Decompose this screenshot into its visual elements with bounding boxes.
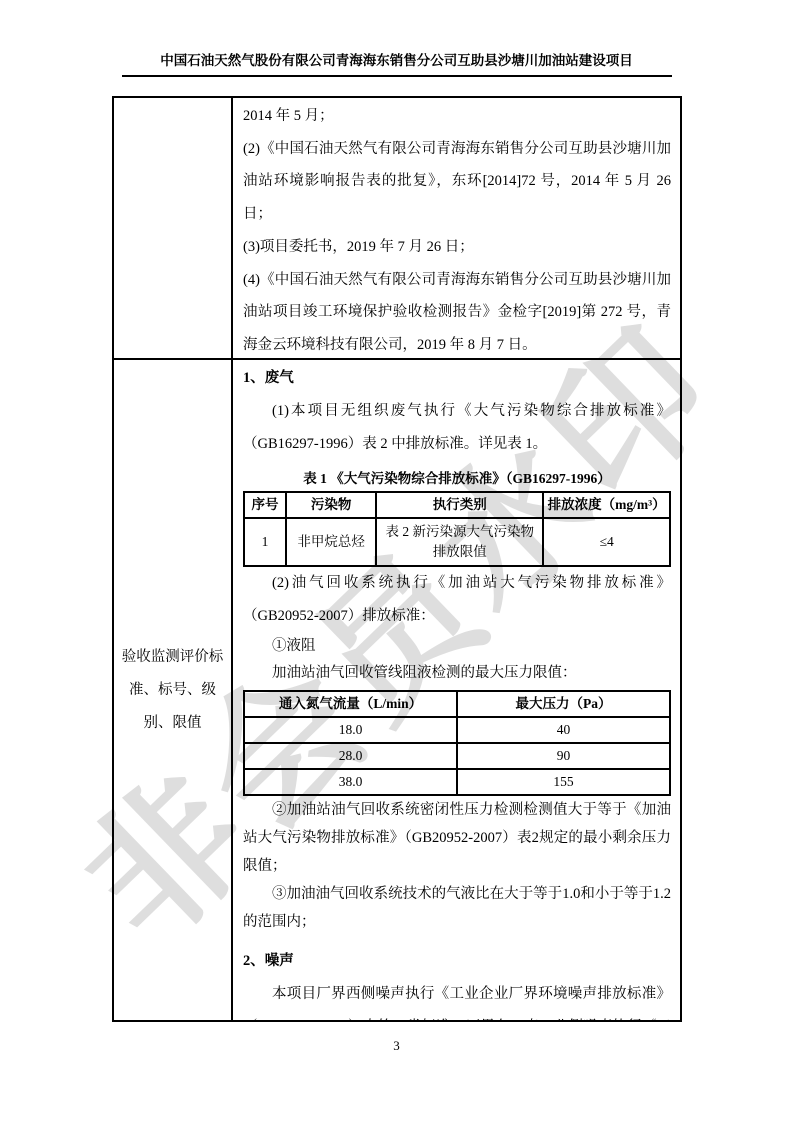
page-header-title: 中国石油天然气股份有限公司青海海东销售分公司互助县沙塘川加油站建设项目 bbox=[0, 49, 793, 69]
table-row: 28.0 90 bbox=[244, 743, 670, 769]
table-row: 1 非甲烷总烃 表 2 新污染源大气污染物排放限值 ≤4 bbox=[244, 518, 670, 566]
page-number: 3 bbox=[0, 1038, 793, 1054]
row2-label: 验收监测评价标准、标号、级别、限值 bbox=[119, 641, 226, 740]
section1-item2: ②加油站油气回收系统密闭性压力检测检测值大于等于《加油站大气污染物排放标准》（G… bbox=[243, 796, 671, 880]
row1-content-cell: 2014 年 5 月； (2)《中国石油天然气有限公司青海海东销售分公司互助县沙… bbox=[233, 98, 680, 360]
section1-item3: ③加油油气回收系统技术的气液比在大于等于1.0和小于等于1.2的范围内； bbox=[243, 880, 671, 936]
section1-item1: ①液阻 bbox=[243, 633, 671, 660]
main-table: 2014 年 5 月； (2)《中国石油天然气有限公司青海海东销售分公司互助县沙… bbox=[112, 96, 682, 1022]
row2-label-cell: 验收监测评价标准、标号、级别、限值 bbox=[114, 360, 233, 1020]
document-page: 非会员水印 中国石油天然气股份有限公司青海海东销售分公司互助县沙塘川加油站建设项… bbox=[0, 0, 793, 1122]
section1-para2: (2)油气回收系统执行《加油站大气污染物排放标准》（GB20952-2007）排… bbox=[243, 567, 671, 633]
table2-cell-pressure: 155 bbox=[457, 769, 670, 795]
row2-content-cell: 1、废气 (1)本项目无组织废气执行《大气污染物综合排放标准》（GB16297-… bbox=[233, 360, 680, 1020]
table2-cell-flow: 18.0 bbox=[244, 717, 457, 743]
pressure-limit-table: 通入氮气流量（L/min） 最大压力（Pa） 18.0 40 28.0 90 3… bbox=[243, 690, 671, 796]
table1-header-index: 序号 bbox=[244, 492, 286, 518]
table1-cell-pollutant: 非甲烷总烃 bbox=[286, 518, 376, 566]
table-header-row: 通入氮气流量（L/min） 最大压力（Pa） bbox=[244, 691, 670, 717]
row1-label-cell bbox=[114, 98, 233, 360]
table1-header-concentration: 排放浓度（mg/m³） bbox=[543, 492, 670, 518]
reference-paragraph: 2014 年 5 月； bbox=[243, 100, 671, 133]
header-divider bbox=[122, 75, 672, 77]
table2-cell-flow: 38.0 bbox=[244, 769, 457, 795]
section1-heading: 1、废气 bbox=[243, 362, 671, 395]
table2-cell-flow: 28.0 bbox=[244, 743, 457, 769]
table2-header-flow: 通入氮气流量（L/min） bbox=[244, 691, 457, 717]
table1-header-pollutant: 污染物 bbox=[286, 492, 376, 518]
table1-cell-concentration: ≤4 bbox=[543, 518, 670, 566]
section2-para1: 本项目厂界西侧噪声执行《工业企业厂界环境噪声排放标准》（GB12348-2008… bbox=[243, 978, 671, 1020]
table2-cell-pressure: 90 bbox=[457, 743, 670, 769]
table1-title: 表 1 《大气污染物综合排放标准》（GB16297-1996） bbox=[243, 466, 671, 491]
table-row: 18.0 40 bbox=[244, 717, 670, 743]
reference-paragraph: (4)《中国石油天然气有限公司青海海东销售分公司互助县沙塘川加油站项目竣工环境保… bbox=[243, 264, 671, 360]
table1-cell-index: 1 bbox=[244, 518, 286, 566]
reference-paragraph: (3)项目委托书，2019 年 7 月 26 日； bbox=[243, 231, 671, 264]
section1-para1: (1)本项目无组织废气执行《大气污染物综合排放标准》（GB16297-1996）… bbox=[243, 395, 671, 461]
emission-standard-table: 序号 污染物 执行类别 排放浓度（mg/m³） 1 非甲烷总烃 表 2 新污染源… bbox=[243, 491, 671, 567]
table-header-row: 序号 污染物 执行类别 排放浓度（mg/m³） bbox=[244, 492, 670, 518]
table2-header-pressure: 最大压力（Pa） bbox=[457, 691, 670, 717]
reference-paragraph: (2)《中国石油天然气有限公司青海海东销售分公司互助县沙塘川加油站环境影响报告表… bbox=[243, 133, 671, 231]
table1-cell-category: 表 2 新污染源大气污染物排放限值 bbox=[376, 518, 543, 566]
table1-header-category: 执行类别 bbox=[376, 492, 543, 518]
table-row: 38.0 155 bbox=[244, 769, 670, 795]
section2-heading: 2、噪声 bbox=[243, 945, 671, 978]
section1-item1-desc: 加油站油气回收管线阻液检测的最大压力限值： bbox=[243, 660, 671, 687]
table2-cell-pressure: 40 bbox=[457, 717, 670, 743]
